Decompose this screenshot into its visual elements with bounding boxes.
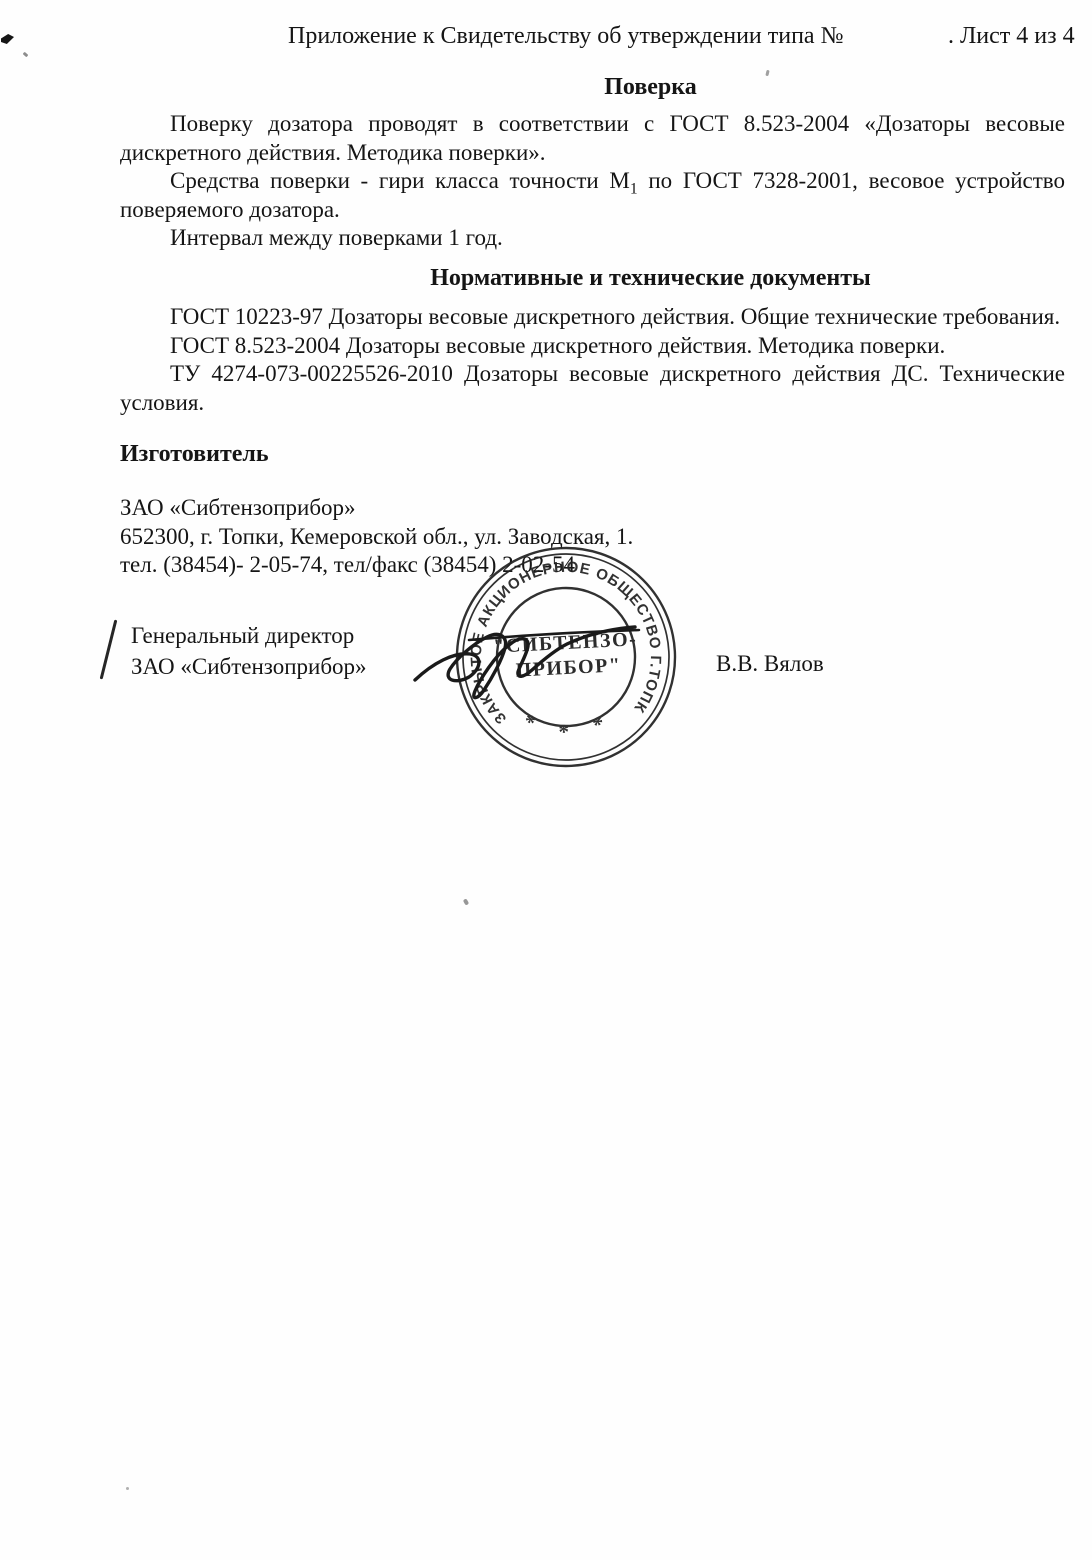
section-standards: ГОСТ 10223-97 Дозаторы весовые дискретно… <box>120 303 1065 417</box>
heading-verification: Поверка <box>120 74 1092 101</box>
director-title-line2: ЗАО «Сибтензоприбор» <box>131 654 367 680</box>
scan-artifact-dot-2 <box>463 898 469 905</box>
document-page: Приложение к Свидетельству об утверждени… <box>0 0 1092 1560</box>
para-verification-means: Средства поверки - гири класса точности … <box>120 167 1065 224</box>
scan-artifact-tick <box>23 52 29 58</box>
para-verification-procedure: Поверку дозатора проводят в соответствии… <box>120 110 1065 167</box>
header-appendix-title: Приложение к Свидетельству об утверждени… <box>288 23 843 50</box>
section-verification: Поверку дозатора проводят в соответствии… <box>120 110 1065 253</box>
standard-item-1: ГОСТ 10223-97 Дозаторы весовые дискретно… <box>120 303 1065 332</box>
subscript-weight-class: 1 <box>630 181 638 198</box>
standard-item-3: ТУ 4274-073-00225526-2010 Дозаторы весов… <box>120 360 1065 417</box>
company-stamp: ЗАКРЫТОЕ АКЦИОНЕРНОЕ ОБЩЕСТВО Г.ТОПКИ * … <box>405 536 687 778</box>
signer-name: В.В. Вялов <box>716 651 824 677</box>
stamp-inner-line2: ПРИБОР" <box>515 654 622 682</box>
para-verification-interval: Интервал между поверками 1 год. <box>120 224 1065 253</box>
stamp-stars: * * * <box>518 704 621 746</box>
manufacturer-name: ЗАО «Сибтензоприбор» <box>120 494 1065 523</box>
header-sheet-number: . Лист 4 из 4 <box>948 23 1075 50</box>
heading-manufacturer: Изготовитель <box>120 441 269 468</box>
scan-artifact-corner <box>1 34 14 44</box>
scan-artifact-dot-3 <box>126 1487 129 1490</box>
signature-slash-mark <box>100 620 118 680</box>
heading-standards: Нормативные и технические документы <box>120 265 1092 292</box>
standard-item-2: ГОСТ 8.523-2004 Дозаторы весовые дискрет… <box>120 332 1065 361</box>
para-verification-means-prefix: Средства поверки - гири класса точности … <box>170 168 630 193</box>
director-title-line1: Генеральный директор <box>131 623 354 649</box>
stamp-ink: ЗАКРЫТОЕ АКЦИОНЕРНОЕ ОБЩЕСТВО Г.ТОПКИ * … <box>451 542 680 771</box>
